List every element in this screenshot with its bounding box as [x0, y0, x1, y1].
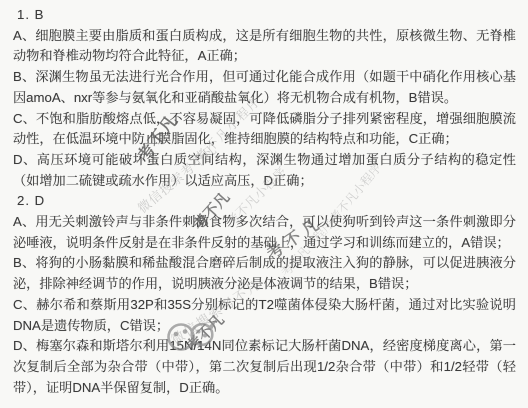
q2-option-b-explanation: B、将狗的小肠黏膜和稀盐酸混合磨碎后制成的提取液注入狗的静脉，可以促进胰液分泌，… [13, 253, 516, 294]
q1-option-b-explanation: B、深渊生物虽无法进行光合作用，但可通过化能合成作用（如题干中硝化作用核心基因a… [13, 67, 516, 108]
answer-block-2: 2. D A、用无关刺激铃声与非条件刺激食物多次结合，可以使狗听到铃声这一条件刺… [13, 191, 516, 398]
q1-option-d-explanation: D、高压环境可能破坏蛋白质空间结构，深渊生物通过增加蛋白质分子结构的稳定性（如增… [13, 150, 516, 191]
q2-option-c-explanation: C、赫尔希和蔡斯用32P和35S分别标记的T2噬菌体侵染大肠杆菌，通过对比实验说… [13, 295, 516, 336]
q1-option-a-explanation: A、细胞膜主要由脂质和蛋白质构成，这是所有细胞生物的共性，原核微生物、无脊椎动物… [13, 26, 516, 67]
q1-option-c-explanation: C、不饱和脂肪酸熔点低，不容易凝固，可降低磷脂分子排列紧密程度，增强细胞膜流动性… [13, 109, 516, 150]
answer-block-1: 1. B A、细胞膜主要由脂质和蛋白质构成，这是所有细胞生物的共性，原核微生物、… [13, 5, 516, 191]
question-2-answer-label: 2. D [13, 191, 516, 212]
q2-option-a-explanation: A、用无关刺激铃声与非条件刺激食物多次结合，可以使狗听到铃声这一条件刺激即分泌唾… [13, 212, 516, 253]
answer-text-block: 1. B A、细胞膜主要由脂质和蛋白质构成，这是所有细胞生物的共性，原核微生物、… [13, 5, 516, 398]
question-1-answer-label: 1. B [13, 5, 516, 26]
q2-option-d-explanation: D、梅塞尔森和斯塔尔利用15N/14N同位素标记大肠杆菌DNA，经密度梯度离心，… [13, 336, 516, 398]
answer-key-page: 1. B A、细胞膜主要由脂质和蛋白质构成，这是所有细胞生物的共性，原核微生物、… [0, 0, 528, 408]
